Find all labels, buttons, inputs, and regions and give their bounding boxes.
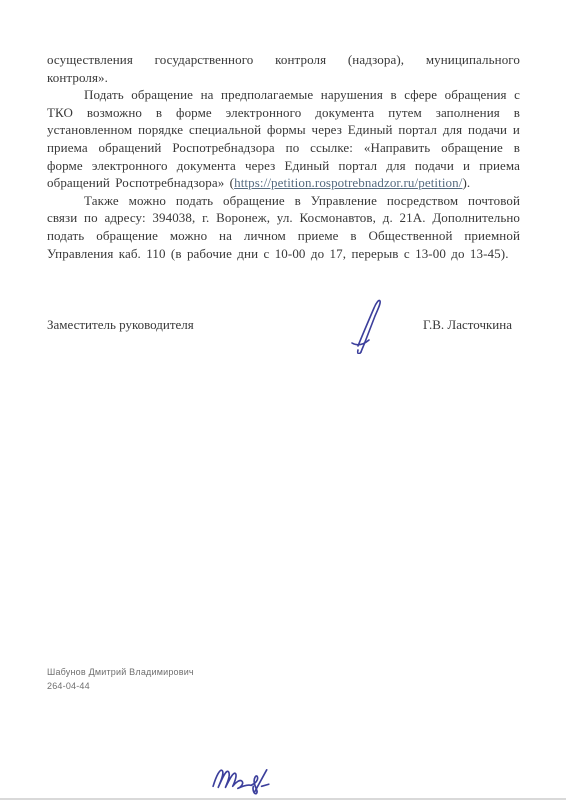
- petition-link[interactable]: https://petition.rospotrebnadzor.ru/peti…: [234, 175, 462, 190]
- signer-position-label: Заместитель руководителя: [47, 316, 194, 334]
- paragraph-postal-address: Также можно подать обращение в Управлени…: [47, 192, 520, 262]
- letter-body: осуществления государственного контроля …: [47, 51, 520, 334]
- executor-signature-ink: [210, 757, 276, 795]
- signer-name: Г.В. Ласточкина: [423, 316, 512, 334]
- paragraph-tko-text-end: ).: [462, 175, 470, 190]
- signature-block: Заместитель руководителя Г.В. Ласточкина: [47, 316, 520, 334]
- paragraph-tko-submission: Подать обращение на предполагаемые наруш…: [47, 86, 520, 192]
- signature-ink: [349, 296, 389, 354]
- executor-info: Шабунов Дмитрий Владимирович 264-04-44: [47, 666, 194, 693]
- letter-page: осуществления государственного контроля …: [0, 0, 566, 800]
- executor-name: Шабунов Дмитрий Владимирович: [47, 666, 194, 680]
- paragraph-control-continuation: осуществления государственного контроля …: [47, 51, 520, 86]
- executor-phone: 264-04-44: [47, 680, 194, 694]
